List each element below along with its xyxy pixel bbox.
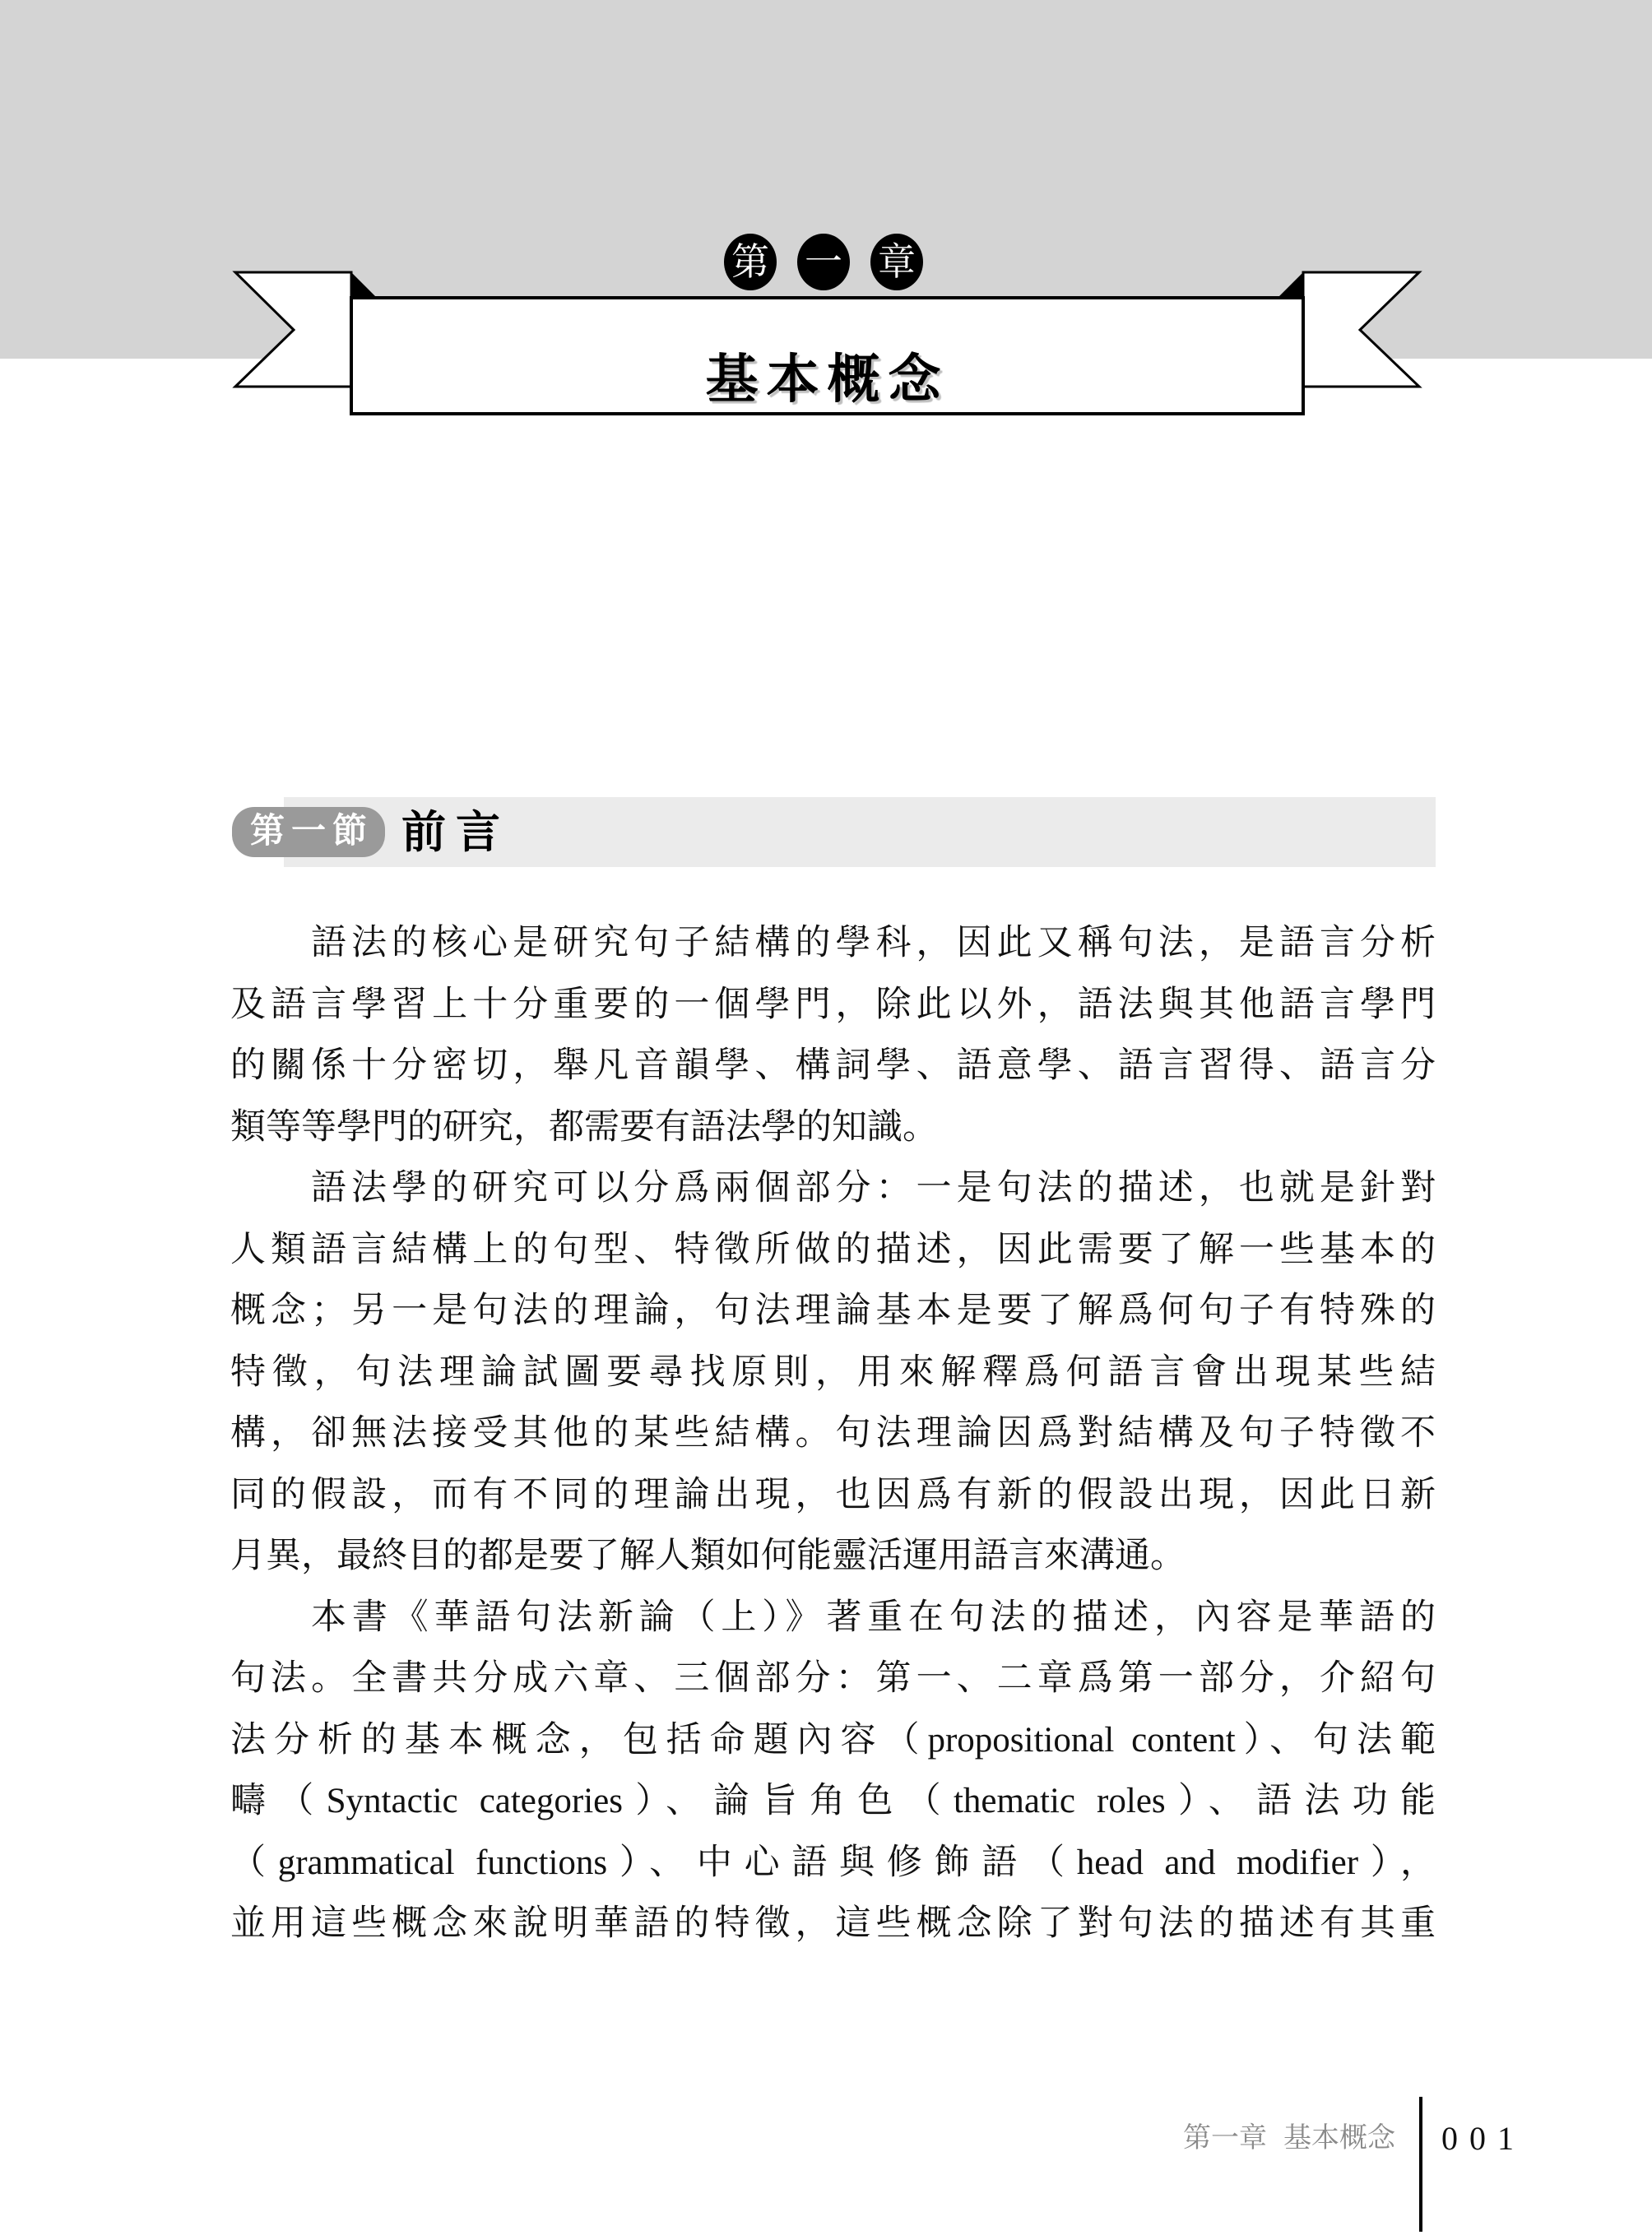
footer-chapter-title: 基本概念 — [1283, 2123, 1395, 2154]
text-line: 月異，最終目的都是要了解人類如何能靈活運用語言來溝通。 — [230, 1526, 1436, 1588]
section-title: 前言 — [401, 809, 510, 856]
text-line: 的關係十分密切，舉凡音韻學、構詞學、語意學、語言習得、語言分 — [230, 1036, 1436, 1097]
text-line: 本書《華語句法新論（上）》著重在句法的描述，內容是華語的 — [230, 1588, 1436, 1649]
text-line: 人類語言結構上的句型、特徵所做的描述，因此需要了解一些基本的 — [230, 1220, 1436, 1282]
text-line: 句法。全書共分成六章、三個部分：第一、二章爲第一部分，介紹句 — [230, 1648, 1436, 1710]
page-number: 001 — [1441, 2121, 1525, 2157]
book-page: 第 一 章 基本概念 第一節 前言 語法的核心是研究句子結構的學科，因此又稱句法… — [0, 0, 1652, 2235]
text-line: 構，卻無法接受其他的某些結構。句法理論因爲對結構及句子特徵不 — [230, 1403, 1436, 1465]
paragraph: 語法學的研究可以分爲兩個部分：一是句法的描述，也就是針對人類語言結構上的句型、特… — [230, 1158, 1436, 1588]
text-line: 同的假設，而有不同的理論出現，也因爲有新的假設出現，因此日新 — [230, 1465, 1436, 1527]
paragraph: 語法的核心是研究句子結構的學科，因此又稱句法，是語言分析及語言學習上十分重要的一… — [230, 913, 1436, 1158]
text-line: 並用這些概念來說明華語的特徵，這些概念除了對句法的描述有其重 — [230, 1894, 1436, 1955]
body-text: 語法的核心是研究句子結構的學科，因此又稱句法，是語言分析及語言學習上十分重要的一… — [230, 913, 1436, 1955]
ribbon-left-fold — [351, 272, 377, 298]
ribbon-right-fold — [1278, 272, 1303, 298]
text-line: 及語言學習上十分重要的一個學門，除此以外，語法與其他語言學門 — [230, 975, 1436, 1036]
text-line: 語法的核心是研究句子結構的學科，因此又稱句法，是語言分析 — [230, 913, 1436, 975]
text-line: 疇（Syntactic categories）、論旨角色（thematic ro… — [230, 1771, 1436, 1833]
footer-chapter: 第一章 — [1183, 2123, 1267, 2154]
section-number-badge: 第一節 — [232, 807, 385, 857]
text-line: （grammatical functions）、中心語與修飾語（head and… — [230, 1833, 1436, 1894]
text-line: 概念；另一是句法的理論，句法理論基本是要了解爲何句子有特殊的 — [230, 1281, 1436, 1342]
paragraph: 本書《華語句法新論（上）》著重在句法的描述，內容是華語的句法。全書共分成六章、三… — [230, 1588, 1436, 1955]
text-line: 語法學的研究可以分爲兩個部分：一是句法的描述，也就是針對 — [230, 1158, 1436, 1220]
ribbon-left-tail — [235, 272, 351, 387]
text-line: 法分析的基本概念，包括命題內容（propositional content）、句… — [230, 1710, 1436, 1772]
text-line: 特徵，句法理論試圖要尋找原則，用來解釋爲何語言會出現某些結 — [230, 1342, 1436, 1404]
text-line: 類等等學門的研究，都需要有語法學的知識。 — [230, 1097, 1436, 1159]
footer-divider — [1419, 2097, 1422, 2232]
footer-chapter-label: 第一章基本概念 — [987, 2122, 1395, 2155]
chapter-title: 基本概念 — [351, 354, 1303, 406]
ribbon-right-tail — [1303, 272, 1419, 387]
